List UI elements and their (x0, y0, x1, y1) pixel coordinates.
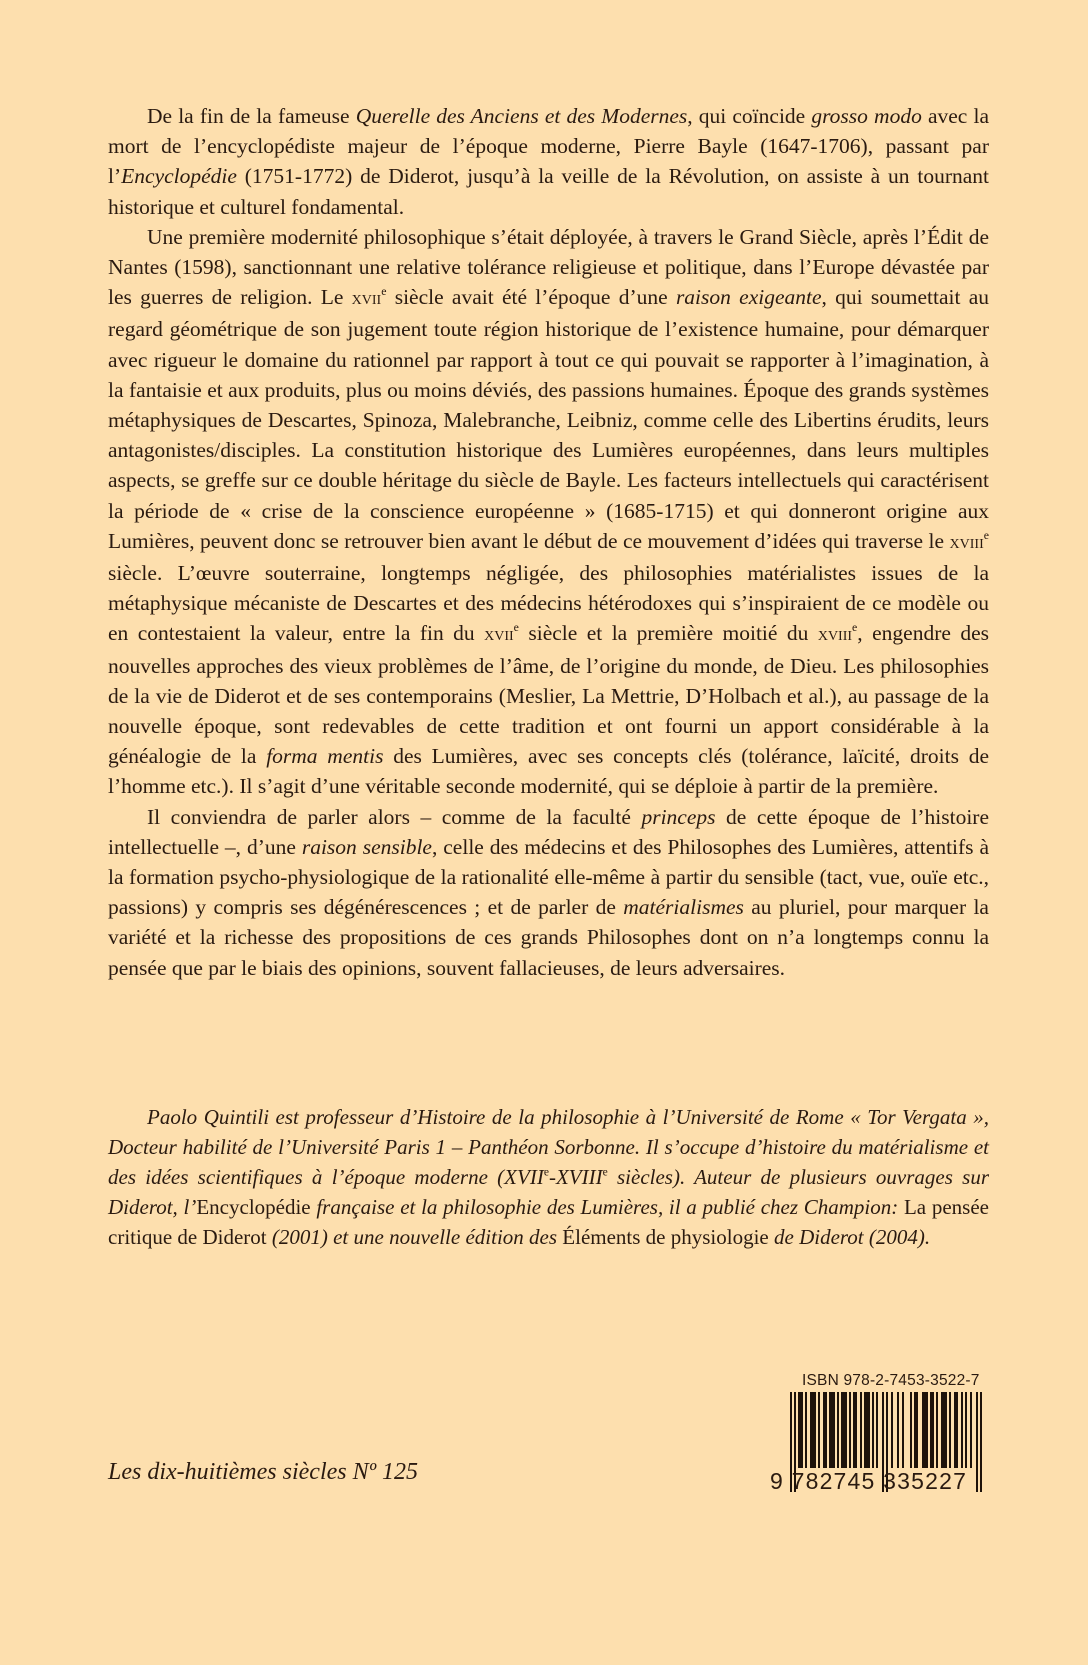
italic-run: -XVIII (549, 1165, 603, 1189)
text-run: siècle avait été l’époque d’une (386, 285, 675, 309)
author-bio: Paolo Quintili est professeur d’Histoire… (108, 1102, 989, 1252)
text-run: (1751-1772) de Diderot, jusqu’à la veill… (108, 164, 989, 218)
century-numeral: xviii (818, 624, 852, 645)
text-run: , qui soumettait au regard géométrique d… (108, 285, 989, 553)
century-numeral: xvii (484, 624, 514, 645)
title-run: Éléments de physiologie (562, 1225, 768, 1249)
title-run: Encyclopédie (196, 1195, 310, 1219)
paragraph-3: Il conviendra de parler alors – comme de… (108, 802, 989, 983)
italic-run: de Diderot (2004). (769, 1225, 930, 1249)
italic-run: matérialismes (623, 895, 744, 919)
century-numeral: xviii (950, 532, 984, 553)
italic-run: (2001) et une nouvelle édition des (267, 1225, 563, 1249)
italic-run: forma mentis (266, 744, 383, 768)
text-run: , qui coïncide (687, 104, 811, 128)
ean-digits: 9 782745 335227 (770, 1468, 967, 1494)
text-run: siècle et la première moitié du (519, 621, 818, 645)
superscript: e (984, 528, 989, 542)
paragraph-1: De la fin de la fameuse Querelle des Anc… (108, 101, 989, 222)
italic-run: raison sensible (302, 835, 432, 859)
barcode-icon: 9 782745 335227 (788, 1392, 988, 1496)
italic-run: Encyclopédie (121, 164, 237, 188)
text-run: Il conviendra de parler alors – comme de… (147, 805, 641, 829)
italic-run: française et la philosophie des Lumières… (311, 1195, 904, 1219)
series-label: Les dix-huitièmes siècles Nº 125 (108, 1459, 418, 1486)
bio-paragraph: Paolo Quintili est professeur d’Histoire… (108, 1102, 989, 1252)
isbn-label: ISBN 978-2-7453-3522-7 (788, 1372, 988, 1390)
italic-run: grosso modo (811, 104, 921, 128)
paragraph-2: Une première modernité philosophique s’é… (108, 222, 989, 802)
text-run: De la fin de la fameuse (147, 104, 356, 128)
isbn-barcode: ISBN 978-2-7453-3522-7 (788, 1372, 988, 1496)
century-numeral: xvii (352, 288, 382, 309)
italic-run: raison exigeante (676, 285, 822, 309)
italic-run: Querelle des Anciens et des Modernes (356, 104, 688, 128)
italic-run: princeps (641, 805, 715, 829)
description-text: De la fin de la fameuse Querelle des Anc… (108, 101, 989, 983)
